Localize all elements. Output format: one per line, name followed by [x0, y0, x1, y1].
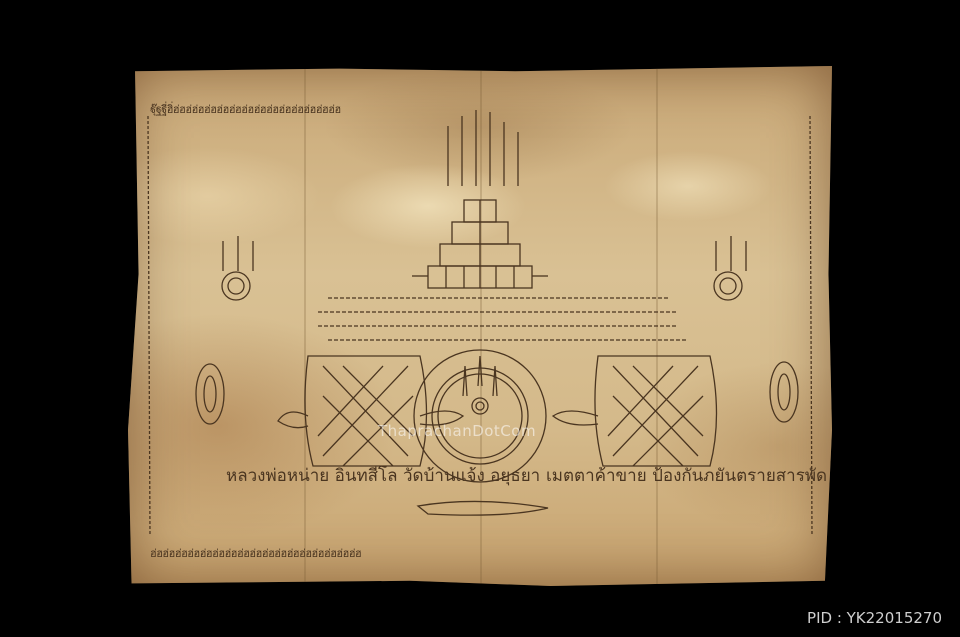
- chant-lines: [318, 298, 688, 340]
- turtle-yantra-right: [553, 356, 717, 466]
- yantra-cloth: ฐุ๊ฐฐี่ฮิ่ฮ่ฮฮ่ฮ่ฮฮ่ฮฮ่ฮฮ่ฮฮ่ฮฮ่ฮฮ่ฮฮ่ฮฮ…: [128, 66, 832, 586]
- caption-blessing: เมตตาค้าขาย ป้องกันภยันตรายสารพัด: [546, 462, 827, 489]
- pyramid-grid: [412, 110, 548, 288]
- product-id-label: PID : YK22015270: [807, 609, 942, 627]
- watermark: ThaprachanDotCom: [378, 422, 536, 440]
- turtle-yantra-left: [278, 356, 463, 466]
- caption-temple: หลวงพ่อหน่าย อินทสีโล วัดบ้านแจ้ง อยุธยา: [226, 462, 540, 489]
- lizard-drawing: [418, 501, 548, 515]
- yantra-drawing: [128, 66, 832, 586]
